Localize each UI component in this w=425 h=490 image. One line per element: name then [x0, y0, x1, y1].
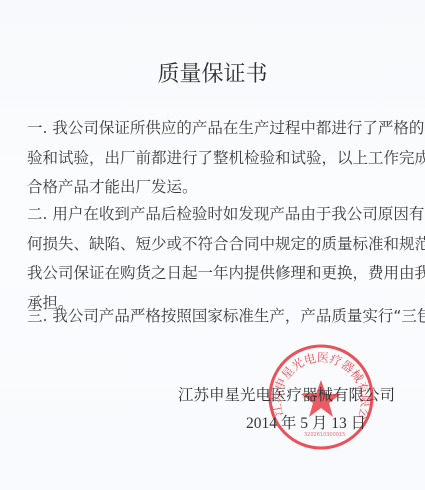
signature-date: 2014 年 5 月 13 日 — [246, 411, 366, 433]
paragraph-1: 一. 我公司保证所供应的产品在生产过程中都进行了严格的检 验和试验，出厂前都进行… — [27, 114, 397, 203]
paragraph-line: 二. 用户在收到产品后检验时如发现产品由于我公司原因有任 — [27, 200, 397, 230]
paragraph-line: 何损失、缺陷、短少或不符合合同中规定的质量标准和规范时， — [27, 230, 397, 260]
paragraph-line: 一. 我公司保证所供应的产品在生产过程中都进行了严格的检 — [27, 114, 397, 144]
svg-text:江苏申星光电医疗器械有限公司: 江苏申星光电医疗器械有限公司 — [266, 342, 372, 422]
company-signature: 江苏申星光电医疗器械有限公司 — [178, 383, 395, 405]
paragraph-3: 三. 我公司产品严格按照国家标准生产，产品质量实行“三包”。 — [27, 302, 397, 332]
document-page: 质量保证书 一. 我公司保证所供应的产品在生产过程中都进行了严格的检 验和试验，… — [0, 0, 425, 490]
document-title: 质量保证书 — [0, 57, 425, 88]
paragraph-line: 我公司保证在购货之日起一年内提供修理和更换，费用由我公司 — [27, 259, 397, 289]
paragraph-line: 三. 我公司产品严格按照国家标准生产，产品质量实行“三包”。 — [27, 302, 397, 332]
paragraph-2: 二. 用户在收到产品后检验时如发现产品由于我公司原因有任 何损失、缺陷、短少或不… — [27, 200, 397, 318]
paragraph-line: 验和试验，出厂前都进行了整机检验和试验，以上工作完成之后 — [27, 144, 397, 174]
paragraph-line: 合格产品才能出厂发运。 — [27, 173, 397, 203]
